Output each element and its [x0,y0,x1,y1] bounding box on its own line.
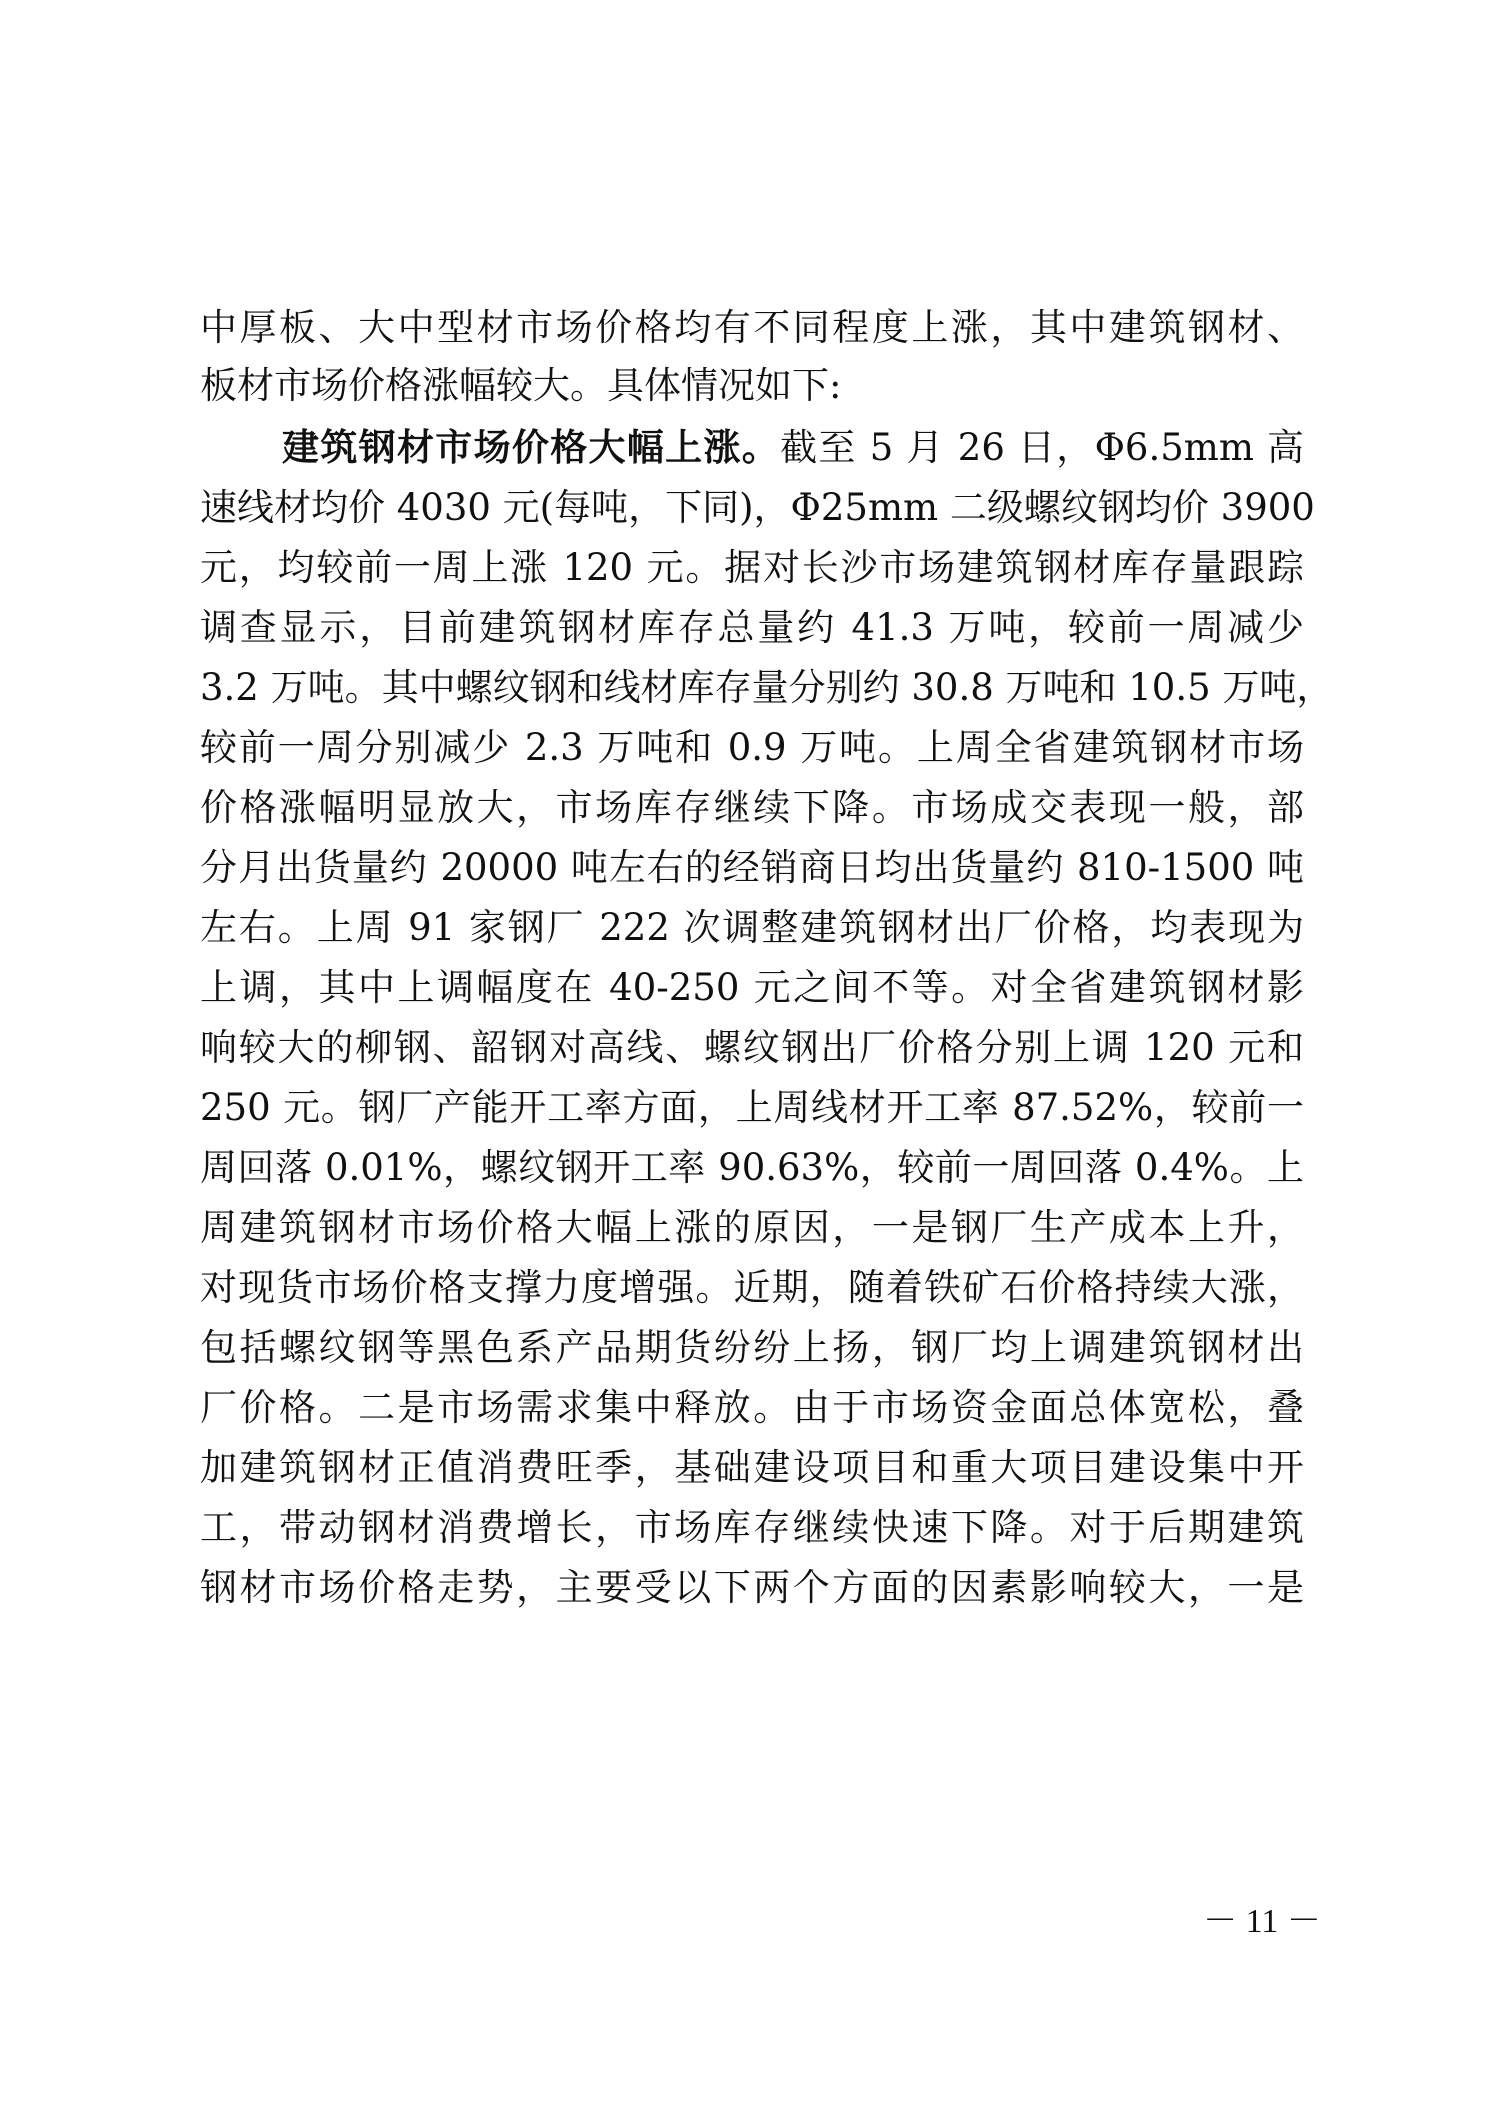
text-line: 厂价格。二是市场需求集中释放。由于市场资金面总体宽松，叠 [200,1378,1304,1438]
text-line: 较前一周分别减少 2.3 万吨和 0.9 万吨。上周全省建筑钢材市场 [200,718,1304,778]
text-line: 中厚板、大中型材市场价格均有不同程度上涨，其中建筑钢材、 [200,298,1304,358]
text-line: 钢材市场价格走势，主要受以下两个方面的因素影响较大，一是 [200,1558,1304,1618]
text-line: 左右。上周 91 家钢厂 222 次调整建筑钢材出厂价格，均表现为 [200,898,1304,958]
text-line: 加建筑钢材正值消费旺季，基础建设项目和重大项目建设集中开 [200,1438,1304,1498]
text-line: 响较大的柳钢、韶钢对高线、螺纹钢出厂价格分别上调 120 元和 [200,1018,1304,1078]
text-line: 周回落 0.01%，螺纹钢开工率 90.63%，较前一周回落 0.4%。上 [200,1138,1304,1198]
text-line: 3.2 万吨。其中螺纹钢和线材库存量分别约 30.8 万吨和 10.5 万吨， [200,658,1304,718]
text-line: 速线材均价 4030 元(每吨，下同)，Φ25mm 二级螺纹钢均价 3900 [200,478,1304,538]
text-line: 元，均较前一周上涨 120 元。据对长沙市场建筑钢材库存量跟踪 [200,538,1304,598]
text-run: 截至 5 月 26 日，Φ6.5mm 高 [780,426,1304,469]
text-line: 分月出货量约 20000 吨左右的经销商日均出货量约 810-1500 吨 [200,838,1304,898]
page-number: － 11 － [1192,1897,1332,1947]
text-line: 包括螺纹钢等黑色系产品期货纷纷上扬，钢厂均上调建筑钢材出 [200,1318,1304,1378]
section-heading-line: 建筑钢材市场价格大幅上涨。截至 5 月 26 日，Φ6.5mm 高 [282,418,1304,478]
text-line: 上调，其中上调幅度在 40-250 元之间不等。对全省建筑钢材影 [200,958,1304,1018]
text-line: 调查显示，目前建筑钢材库存总量约 41.3 万吨，较前一周减少 [200,598,1304,658]
text-line: 对现货市场价格支撑力度增强。近期，随着铁矿石价格持续大涨， [200,1258,1304,1318]
text-line: 板材市场价格涨幅较大。具体情况如下: [200,356,1304,416]
document-page: 中厚板、大中型材市场价格均有不同程度上涨，其中建筑钢材、 板材市场价格涨幅较大。… [0,0,1488,2105]
text-line: 工，带动钢材消费增长，市场库存继续快速下降。对于后期建筑 [200,1498,1304,1558]
text-line: 价格涨幅明显放大，市场库存继续下降。市场成交表现一般，部 [200,778,1304,838]
text-line: 250 元。钢厂产能开工率方面，上周线材开工率 87.52%，较前一 [200,1078,1304,1138]
section-heading: 建筑钢材市场价格大幅上涨。 [282,426,780,469]
text-line: 周建筑钢材市场价格大幅上涨的原因，一是钢厂生产成本上升， [200,1198,1304,1258]
